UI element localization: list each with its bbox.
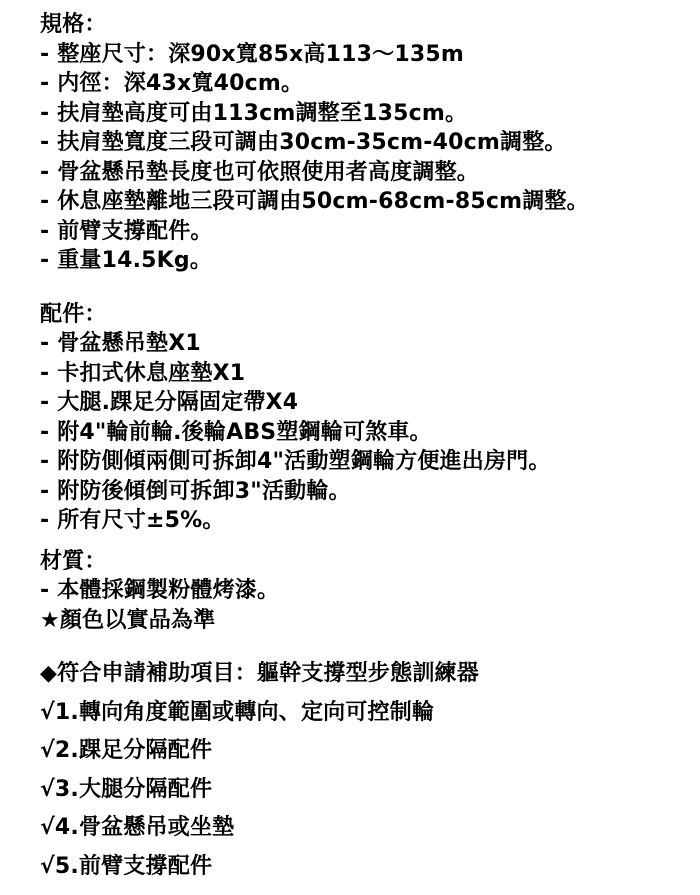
spec-item-forearm-support: - 前臂支撐配件。 xyxy=(40,217,682,247)
material-title: 材質： xyxy=(40,547,682,577)
accessory-item-anti-tip-side: - 附防側傾兩側可拆卸4"活動塑鋼輪方便進出房門。 xyxy=(40,447,682,477)
spec-item-shoulder-pad-height: - 扶肩墊高度可由113cm調整至135cm。 xyxy=(40,99,682,129)
subsidy-item-forearm-support: √5.前臂支撐配件 xyxy=(40,852,682,882)
spec-item-pelvic-sling-length: - 骨盆懸吊墊長度也可依照使用者高度調整。 xyxy=(40,158,682,188)
accessory-item-anti-tip-rear: - 附防後傾倒可拆卸3"活動輪。 xyxy=(40,477,682,507)
accessories-title: 配件： xyxy=(40,300,682,330)
spec-item-rest-seat-height: - 休息座墊離地三段可調由50cm-68cm-85cm調整。 xyxy=(40,187,682,217)
section-material: 材質： - 本體採鋼製粉體烤漆。 ★顏色以實品為準 xyxy=(40,547,682,636)
accessory-item-buckle-seat: - 卡扣式休息座墊X1 xyxy=(40,359,682,389)
subsidy-item-ankle-separator: √2.踝足分隔配件 xyxy=(40,736,682,766)
accessory-item-straps: - 大腿.踝足分隔固定帶X4 xyxy=(40,388,682,418)
section-accessories: 配件： - 骨盆懸吊墊X1 - 卡扣式休息座墊X1 - 大腿.踝足分隔固定帶X4… xyxy=(40,300,682,536)
subsidy-heading: ◆符合申請補助項目：軀幹支撐型步態訓練器 xyxy=(40,659,682,689)
accessory-item-wheels-brake: - 附4"輪前輪.後輪ABS塑鋼輪可煞車。 xyxy=(40,418,682,448)
subsidy-item-pelvic-sling-or-seat: √4.骨盆懸吊或坐墊 xyxy=(40,813,682,843)
spec-item-shoulder-pad-width: - 扶肩墊寬度三段可調由30cm-35cm-40cm調整。 xyxy=(40,128,682,158)
spec-sheet: 規格： - 整座尺寸：深90x寬85x高113～135m - 内徑：深43x寬4… xyxy=(0,0,700,895)
subsidy-item-steering-wheels: √1.轉向角度範圍或轉向、定向可控制輪 xyxy=(40,698,682,728)
specifications-title: 規格： xyxy=(40,10,682,40)
material-item-steel-coating: - 本體採鋼製粉體烤漆。 xyxy=(40,576,682,606)
section-subsidy: ◆符合申請補助項目：軀幹支撐型步態訓練器 √1.轉向角度範圍或轉向、定向可控制輪… xyxy=(40,659,682,881)
material-item-color-note: ★顏色以實品為準 xyxy=(40,606,682,636)
spec-item-overall-size: - 整座尺寸：深90x寬85x高113～135m xyxy=(40,40,682,70)
spec-item-weight: - 重量14.5Kg。 xyxy=(40,246,682,276)
spec-item-inner-diameter: - 内徑：深43x寬40cm。 xyxy=(40,69,682,99)
accessory-item-tolerance: - 所有尺寸±5%。 xyxy=(40,506,682,536)
accessory-item-pelvic-sling: - 骨盆懸吊墊X1 xyxy=(40,329,682,359)
section-specifications: 規格： - 整座尺寸：深90x寬85x高113～135m - 内徑：深43x寬4… xyxy=(40,10,682,276)
subsidy-item-thigh-separator: √3.大腿分隔配件 xyxy=(40,775,682,805)
